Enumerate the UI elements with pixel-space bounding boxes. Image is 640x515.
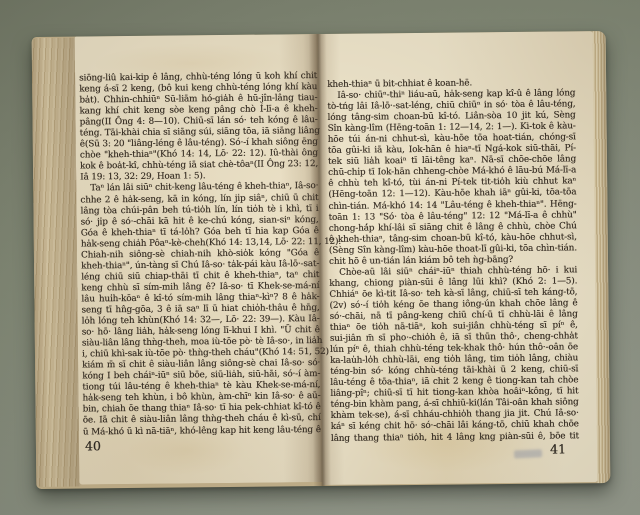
book-photo: siōng-liû kai-kip ê lâng, chhù-téng lóng… [0, 0, 640, 515]
page-stack-edge-left [32, 38, 81, 487]
right-page-text: kheh-thiaⁿ ū bit-chhiat ê koan-hē.Iâ-so·… [327, 77, 579, 444]
ink-smudge [514, 449, 542, 458]
open-book: siōng-liû kai-kip ê lâng, chhù-téng lóng… [32, 31, 611, 489]
left-page-text: siōng-liû kai-kip ê lâng, chhù-téng lóng… [79, 71, 321, 438]
page-number-left: 40 [85, 438, 101, 453]
page-number-right: 41 [550, 441, 566, 456]
